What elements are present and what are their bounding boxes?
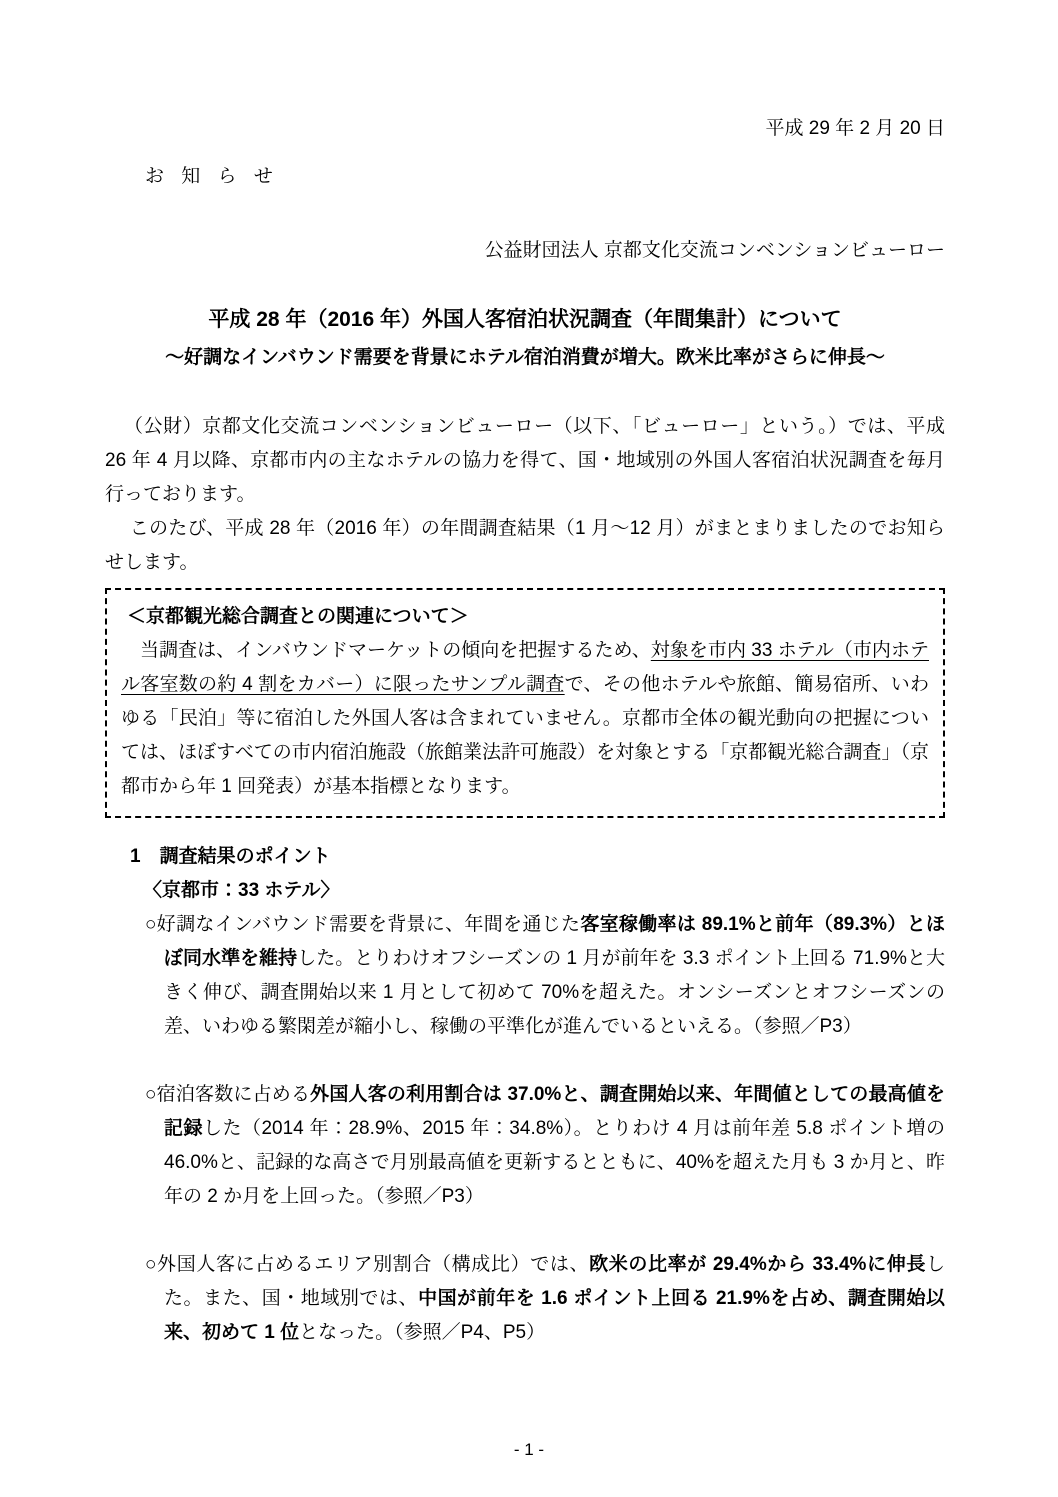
intro-section: （公財）京都文化交流コンベンションビューロー（以下、「ビューロー」という。）では… (105, 410, 945, 580)
intro-paragraph-1: （公財）京都文化交流コンベンションビューロー（以下、「ビューロー」という。）では… (105, 410, 945, 512)
page-number: - 1 - (0, 1433, 1058, 1467)
bullet-text: ○外国人客に占めるエリア別割合（構成比）では、 (145, 1254, 589, 1275)
document-subtitle: ～好調なインバウンド需要を背景にホテル宿泊消費が増大。欧米比率がさらに伸長～ (105, 342, 945, 374)
bullet-room-occupancy: ○好調なインバウンド需要を背景に、年間を通じた客室稼働率は 89.1%と前年（8… (145, 908, 945, 1044)
notice-label: お 知 ら せ (145, 160, 945, 194)
bullet-text: ○宿泊客数に占める (145, 1084, 310, 1105)
section-1-heading: 1 調査結果のポイント (130, 840, 945, 874)
bullet-text: した（2014 年：28.9%、2015 年：34.8%）。とりわけ 4 月は前… (164, 1118, 945, 1207)
intro-paragraph-2: このたび、平成 28 年（2016 年）の年間調査結果（1 月～12 月）がまと… (105, 512, 945, 580)
note-body-text-lead: 当調査は、インバウンドマーケットの傾向を把握するため、 (140, 640, 651, 661)
bullet-foreign-guest-ratio: ○宿泊客数に占める外国人客の利用割合は 37.0%と、調査開始以来、年間値として… (145, 1078, 945, 1214)
related-survey-note-heading: ＜京都観光総合調査との関連について＞ (127, 600, 929, 634)
document-page: 平成 29 年 2 月 20 日 お 知 ら せ 公益財団法人 京都文化交流コン… (0, 0, 1058, 1497)
organization-name: 公益財団法人 京都文化交流コンベンションビューロー (105, 234, 945, 268)
related-survey-note-body: 当調査は、インバウンドマーケットの傾向を把握するため、対象を市内 33 ホテル（… (121, 634, 929, 804)
document-title: 平成 28 年（2016 年）外国人客宿泊状況調査（年間集計）について (105, 304, 945, 336)
bullet-text: となった。（参照／P4、P5） (299, 1322, 545, 1343)
related-survey-note-box: ＜京都観光総合調査との関連について＞ 当調査は、インバウンドマーケットの傾向を把… (105, 588, 945, 818)
bullet-area-composition: ○外国人客に占めるエリア別割合（構成比）では、欧米の比率が 29.4%から 33… (145, 1248, 945, 1350)
bullet-bold-text: 欧米の比率が 29.4%から 33.4%に伸長 (589, 1254, 926, 1275)
bullet-text: ○好調なインバウンド需要を背景に、年間を通じた (145, 914, 580, 935)
document-content: 平成 29 年 2 月 20 日 お 知 ら せ 公益財団法人 京都文化交流コン… (0, 0, 1058, 1350)
section-1-subheading: 〈京都市：33 ホテル〉 (143, 874, 945, 908)
document-date: 平成 29 年 2 月 20 日 (105, 112, 945, 146)
